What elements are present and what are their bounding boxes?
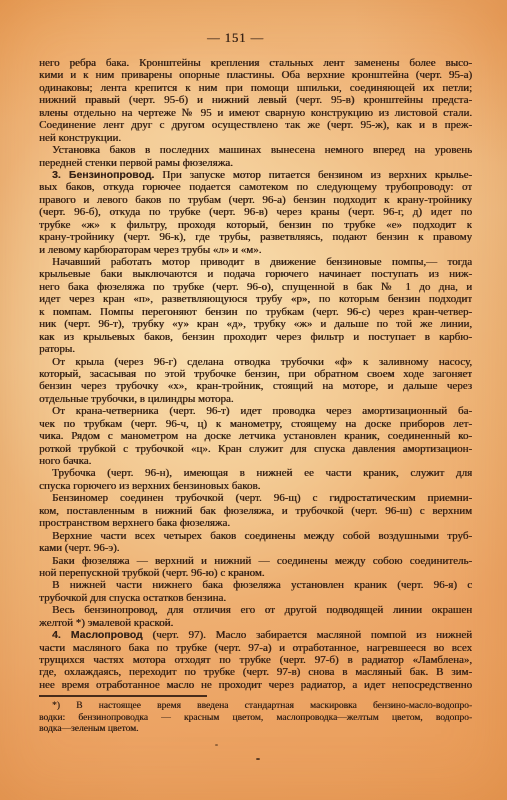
text-line: отдельные трубочки, в цилиндры мотора. — [39, 393, 472, 405]
text-line: трущихся частях мотора отходят по трубке… — [39, 654, 472, 666]
paragraph: Баки фюзеляжа — верхний и нижний — соеди… — [39, 555, 472, 580]
text-line: ней конструкции. — [39, 132, 472, 144]
text-line: чика. Рядом с манометром на доске летчик… — [39, 430, 472, 442]
text-line: Соединение лент друг с другом осуществле… — [39, 119, 472, 131]
section-heading: 4. Маслопровод — [52, 629, 143, 641]
text-line: Установка баков в последних машинах выне… — [39, 144, 472, 156]
paragraph: От крана-четверника (черт. 96-т) идет пр… — [39, 405, 472, 467]
paragraph: Начавший работать мотор приводит в движе… — [39, 256, 472, 356]
text-line: спуска горючего из верхних бензиновых ба… — [39, 480, 472, 492]
text-line: ками (черт. 96-э). — [39, 542, 472, 554]
text-line: трубочкой для спуска остатков бензина. — [39, 592, 472, 604]
text-line: правого и левого баков по трубам (черт. … — [39, 194, 472, 206]
text-line: как из крыльевых баков, бензин проходит … — [39, 331, 472, 343]
text-line: крыльевые баки выключаются и подача горю… — [39, 268, 472, 280]
paragraph: 3. Бензинопровод. При запуске мотор пита… — [39, 169, 472, 256]
paragraph: Установка баков в последних машинах выне… — [39, 144, 472, 169]
text-line: пространством верхнего бака фюзеляжа. — [39, 517, 472, 529]
paragraph: 4. Маслопровод (черт. 97). Масло забирае… — [39, 629, 472, 691]
article: него ребра бака. Кронштейны крепления ст… — [39, 57, 472, 691]
text-line: роткой трубкой с трубочкой «ц». Кран слу… — [39, 443, 472, 455]
paragraph: него ребра бака. Кронштейны крепления ст… — [39, 57, 472, 144]
paragraph: Бензиномер соединен трубочкой (черт. 96-… — [39, 492, 472, 529]
page-body: него ребра бака. Кронштейны крепления ст… — [39, 57, 472, 736]
text-line: От крыла (через 96-г) сделана отводка тр… — [39, 356, 472, 368]
text-line: который, засасывая по этой трубочке бенз… — [39, 368, 472, 380]
text-line: нижний правый (черт. 95-б) и нижний левы… — [39, 94, 472, 106]
text-line: Бензиномер соединен трубочкой (черт. 96-… — [39, 492, 472, 504]
text-line: 4. Маслопровод (черт. 97). Масло забирае… — [39, 629, 472, 641]
text-line: водки: бензинопроводка — красным цветом,… — [39, 713, 472, 725]
paper-speck — [256, 758, 260, 760]
text-line: ного бачка. — [39, 455, 472, 467]
text-line: нее время отработанное масло не проходит… — [39, 679, 472, 691]
paragraph: От крыла (через 96-г) сделана отводка тр… — [39, 356, 472, 406]
text-line: него ребра бака. Кронштейны крепления ст… — [39, 57, 472, 69]
text-line: вых баков, откуда горючее подается самот… — [39, 181, 472, 193]
text-line: одинаковы; лента крепится к ним при помо… — [39, 82, 472, 94]
footnote-text: *) В настоящее время введена стандартная… — [39, 701, 472, 736]
text-line: передней стенки первой рамы фюзеляжа. — [39, 157, 472, 169]
text-line: крану-тройнику (черт. 96-к), где трубы, … — [39, 231, 472, 243]
text-line: Верхние части всех четырех баков соедине… — [39, 530, 472, 542]
paragraph: Верхние части всех четырех баков соедине… — [39, 530, 472, 555]
footnote-divider — [39, 695, 207, 697]
text-line: части масляного бака по трубке (черт. 97… — [39, 642, 472, 654]
text-line: Начавший работать мотор приводит в движе… — [39, 256, 472, 268]
text-line: 3. Бензинопровод. При запуске мотор пита… — [39, 169, 472, 181]
paragraph: В нижней части нижнего бака фюзеляжа уст… — [39, 579, 472, 604]
text-line: идет через кран «п», разветвляющуюся тру… — [39, 293, 472, 305]
text-line: и левому карбюраторам через трубы «л» и … — [39, 244, 472, 256]
text-line: ком, поставленным в нижний бак фюзеляжа,… — [39, 505, 472, 517]
paragraph: Весь бензинопровод, для отличия его от д… — [39, 604, 472, 629]
paragraph: Трубочка (черт. 96-н), имеющая в нижней … — [39, 467, 472, 492]
text-line: От крана-четверника (черт. 96-т) идет пр… — [39, 405, 472, 417]
text-line: чек по трубкам (черт. 96-ч, ц) к маномет… — [39, 418, 472, 430]
text-line: *) В настоящее время введена стандартная… — [39, 701, 472, 713]
page-number: — 151 — — [0, 31, 471, 46]
text-line: ной перепускной трубкой (черт. 96-ю) с к… — [39, 567, 472, 579]
text-line: (черт. 96-б), откуда по трубке (черт. 96… — [39, 206, 472, 218]
text-line: ник (черт. 96-т), трубку «у» кран «д», т… — [39, 318, 472, 330]
text-line: к помпам. Помпы перегоняют бензин по тру… — [39, 306, 472, 318]
text-line: Весь бензинопровод, для отличия его от д… — [39, 604, 472, 616]
text-line: него бака фюзеляжа по трубке (черт. 96-о… — [39, 281, 472, 293]
text-line: Трубочка (черт. 96-н), имеющая в нижней … — [39, 467, 472, 479]
text-line: влены отдельно на чертеже № 95 и имеют с… — [39, 107, 472, 119]
text-line: желтой *) эмалевой краской. — [39, 617, 472, 629]
text-line: где, охлаждаясь, переходит по трубке (че… — [39, 666, 472, 678]
text-line: водка—зеленым цветом. — [39, 724, 472, 736]
text-line: кими и к ним приварены опорные пластины.… — [39, 69, 472, 81]
text-line: бензин через трубочку «х», кран-тройник,… — [39, 380, 472, 392]
text-line: раторы. — [39, 343, 472, 355]
section-heading: 3. Бензинопровод. — [52, 169, 154, 181]
text-line: В нижней части нижнего бака фюзеляжа уст… — [39, 579, 472, 591]
text-line: Баки фюзеляжа — верхний и нижний — соеди… — [39, 555, 472, 567]
text-line: трубке «ж» к фильтру, проходя который, б… — [39, 219, 472, 231]
paper-speck — [215, 744, 218, 746]
scanned-book-page: — 151 — него ребра бака. Кронштейны креп… — [0, 0, 507, 800]
